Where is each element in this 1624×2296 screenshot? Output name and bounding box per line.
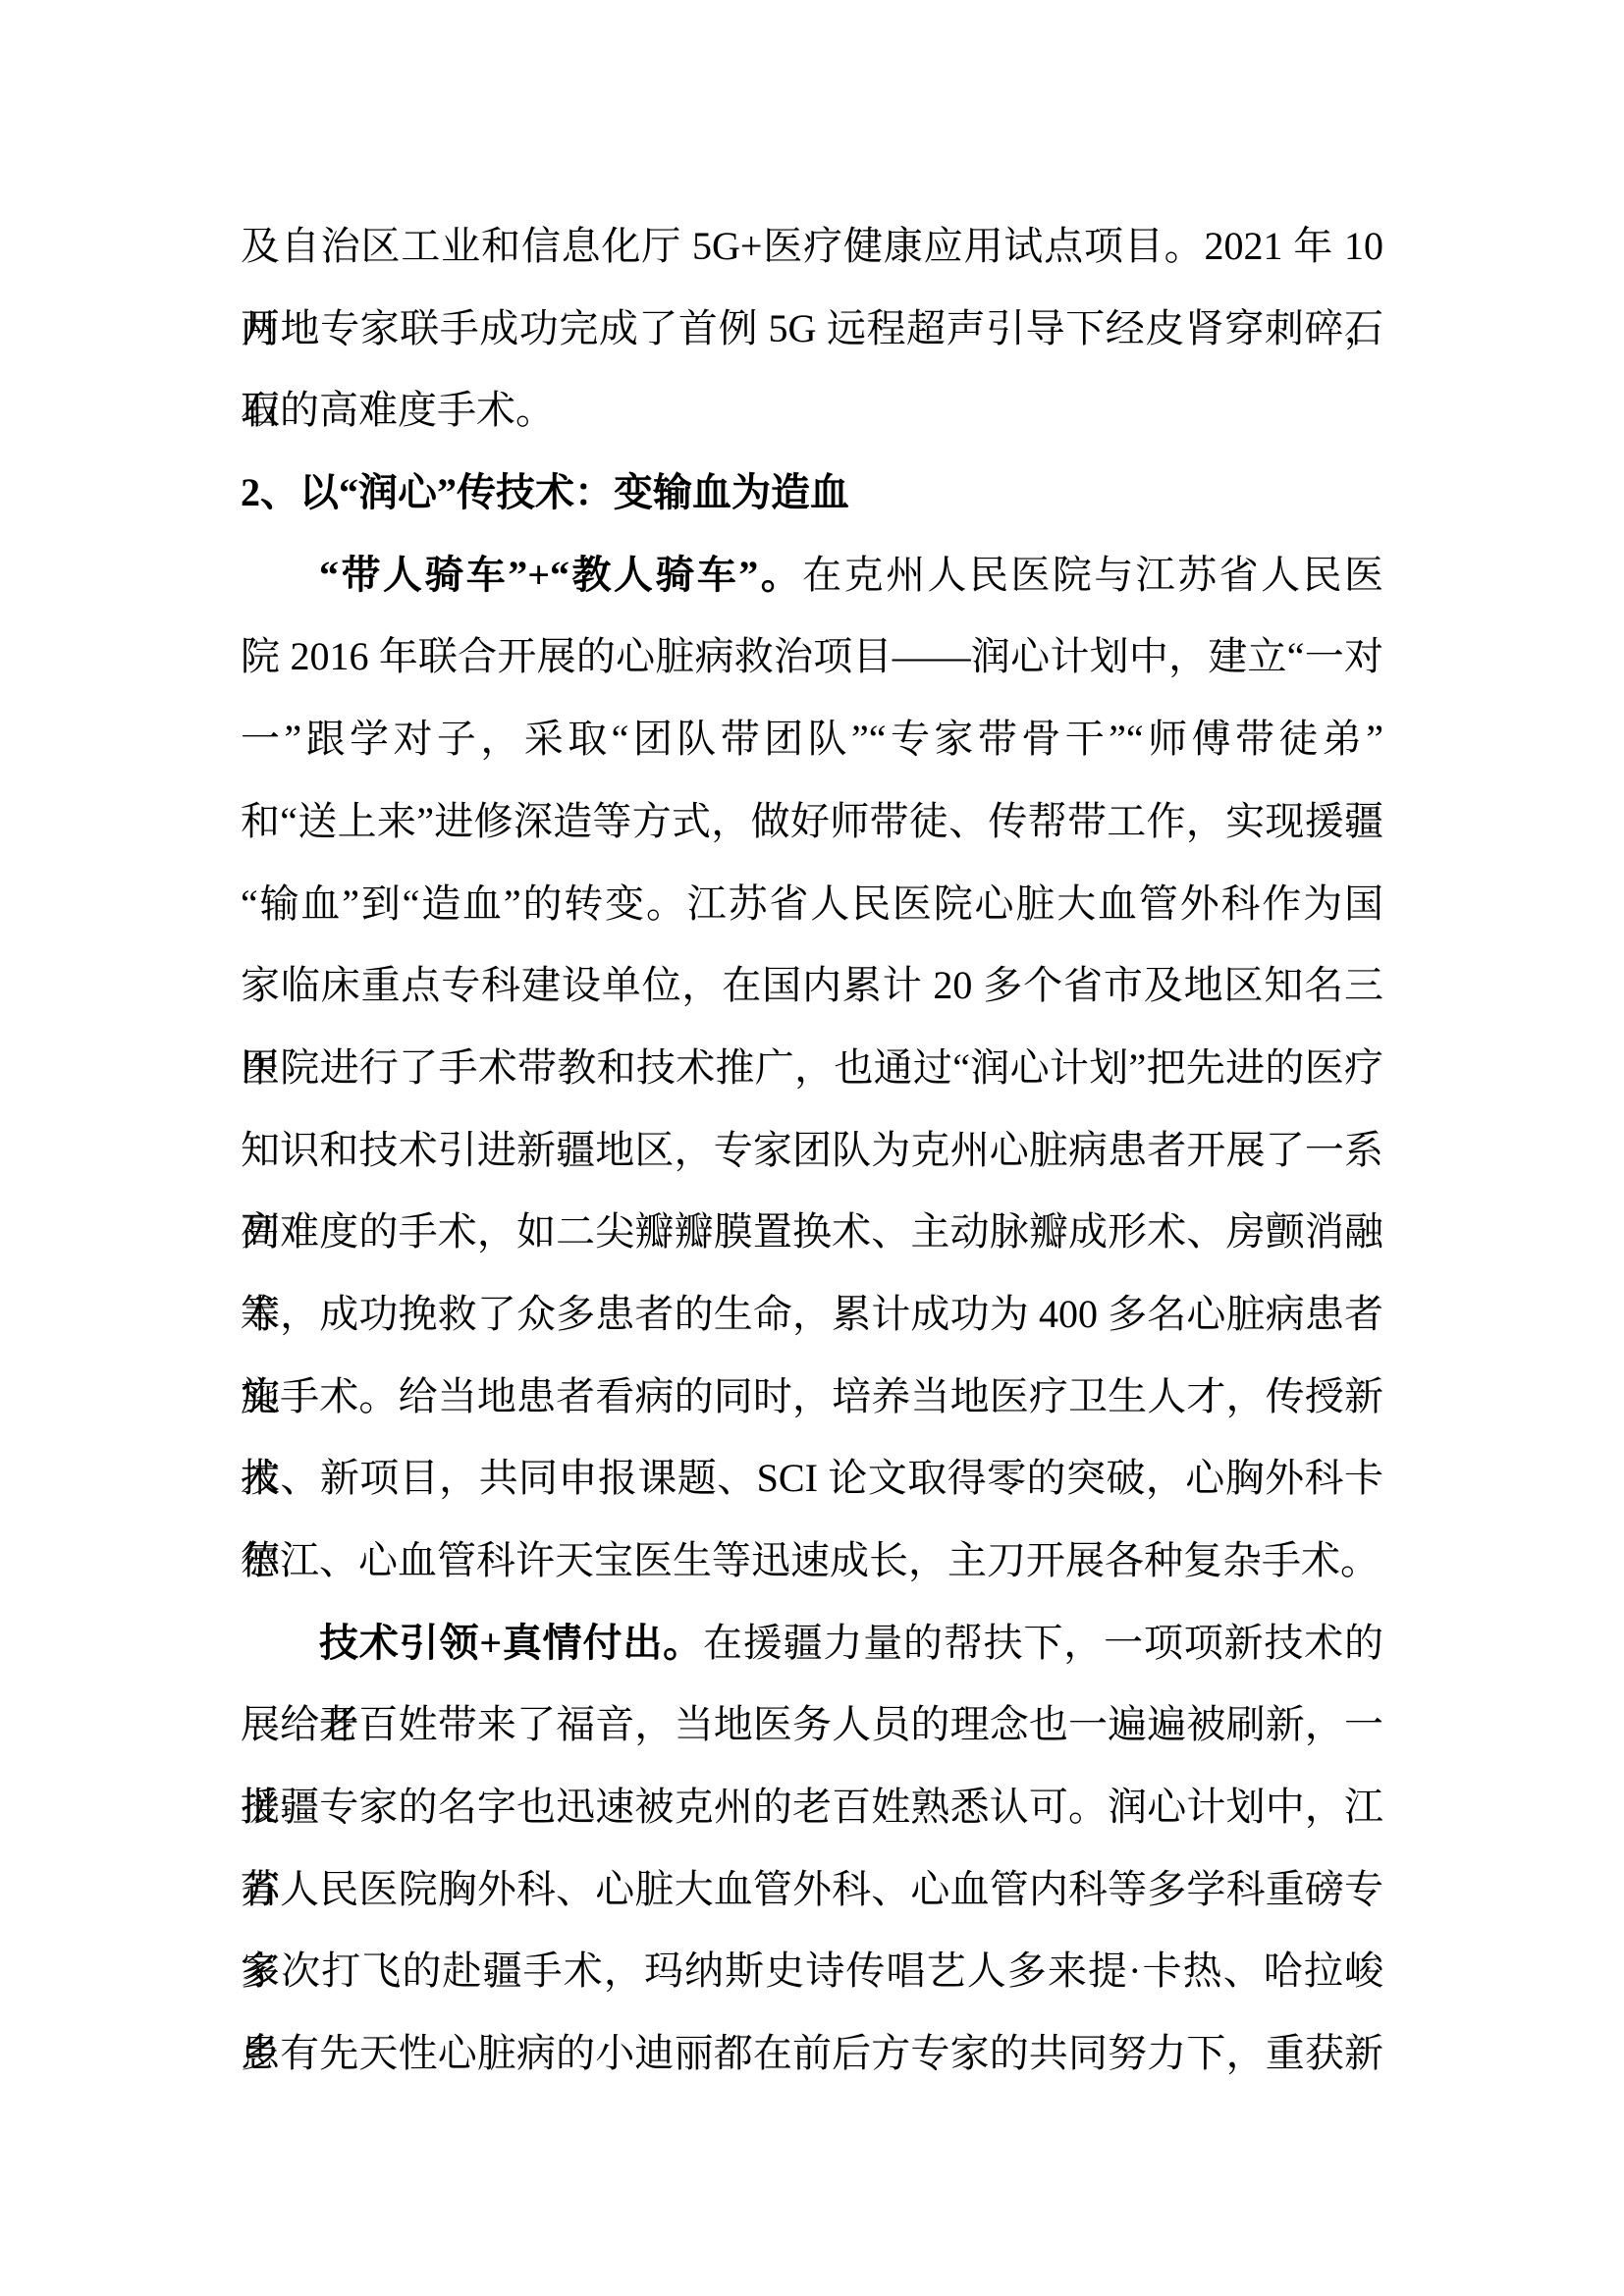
text-line: “带人骑车”+“教人骑车”。在克州人民医院与江苏省人民医: [241, 534, 1383, 616]
text-line: 一”跟学对子，采取“团队带团队”“专家带骨干”“师傅带徒弟”: [241, 698, 1383, 780]
document-page: 及自治区工业和信息化厅 5G+医疗健康应用试点项目。2021 年 10 月，两地…: [0, 0, 1624, 2296]
text-line: 尔江、心血管科许天宝医生等迅速成长，主刀开展各种复杂手术。: [241, 1520, 1383, 1602]
text-run: “带人骑车”+“教人骑车”。: [319, 553, 802, 597]
text-run: 在克州人民医院与江苏省人民医: [802, 553, 1383, 597]
text-run: 医院进行了手术带教和技术推广，也通过“润心计划”把先进的医疗: [241, 1045, 1383, 1090]
text-run: 院 2016 年联合开展的心脏病救治项目——润心计划中，建立“一对: [241, 634, 1383, 678]
text-run: 一”跟学对子，采取“团队带团队”“专家带骨干”“师傅带徒弟”: [241, 717, 1383, 761]
text-line: 家临床重点专科建设单位，在国内累计 20 多个省市及地区知名三甲: [241, 944, 1383, 1027]
text-run: 和“送上来”进修深造等方式，做好师带徒、传帮带工作，实现援疆: [241, 799, 1383, 843]
text-line: 援疆专家的名字也迅速被克州的老百姓熟悉认可。润心计划中，江苏: [241, 1766, 1383, 1848]
text-run: 患有先天性心脏病的小迪丽都在前后方专家的共同努力下，重获新: [241, 2031, 1383, 2075]
text-run: 2、以“润心”传技术：变输血为造血: [241, 470, 849, 514]
text-line: 医院进行了手术带教和技术推广，也通过“润心计划”把先进的医疗: [241, 1027, 1383, 1109]
text-line: 高难度的手术，如二尖瓣瓣膜置换术、主动脉瓣成形术、房颤消融术: [241, 1191, 1383, 1273]
text-line: 技术引领+真情付出。在援疆力量的帮扶下，一项项新技术的开: [241, 1602, 1383, 1684]
text-line: “输血”到“造血”的转变。江苏省人民医院心脏大血管外科作为国: [241, 863, 1383, 945]
text-line: 院 2016 年联合开展的心脏病救治项目——润心计划中，建立“一对: [241, 615, 1383, 698]
text-line: 等，成功挽救了众多患者的生命，累计成功为 400 多名心脏病患者实: [241, 1273, 1383, 1356]
text-run: 尔江、心血管科许天宝医生等迅速成长，主刀开展各种复杂手术。: [241, 1538, 1380, 1582]
text-line: 展给老百姓带来了福音，当地医务人员的理念也一遍遍被刷新，一批: [241, 1683, 1383, 1766]
text-line: 及自治区工业和信息化厅 5G+医疗健康应用试点项目。2021 年 10 月，: [241, 205, 1383, 288]
text-run: “输血”到“造血”的转变。江苏省人民医院心脏大血管外科作为国: [241, 881, 1383, 926]
text-run: 技术引领+真情付出。: [319, 1621, 703, 1665]
text-line: 施手术。给当地患者看病的同时，培养当地医疗卫生人才，传授新技: [241, 1356, 1383, 1438]
text-line: 多次打飞的赴疆手术，玛纳斯史诗传唱艺人多来提·卡热、哈拉峻乡: [241, 1930, 1383, 2012]
text-line: 省人民医院胸外科、心脏大血管外科、心血管内科等多学科重磅专家: [241, 1848, 1383, 1931]
document-body: 及自治区工业和信息化厅 5G+医疗健康应用试点项目。2021 年 10 月，两地…: [241, 205, 1383, 2095]
text-line: 两地专家联手成功完成了首例 5G 远程超声引导下经皮肾穿刺碎石取: [241, 288, 1383, 370]
text-line: 术、新项目，共同申报课题、SCI 论文取得零的突破，心胸外科卡德: [241, 1437, 1383, 1520]
text-line: 和“送上来”进修深造等方式，做好师带徒、传帮带工作，实现援疆: [241, 780, 1383, 863]
text-line: 患有先天性心脏病的小迪丽都在前后方专家的共同努力下，重获新: [241, 2012, 1383, 2095]
section-heading: 2、以“润心”传技术：变输血为造血: [241, 452, 1383, 534]
text-line: 知识和技术引进新疆地区，专家团队为克州心脏病患者开展了一系列: [241, 1109, 1383, 1192]
text-line: 石的高难度手术。: [241, 369, 1383, 452]
text-run: 石的高难度手术。: [241, 388, 555, 432]
